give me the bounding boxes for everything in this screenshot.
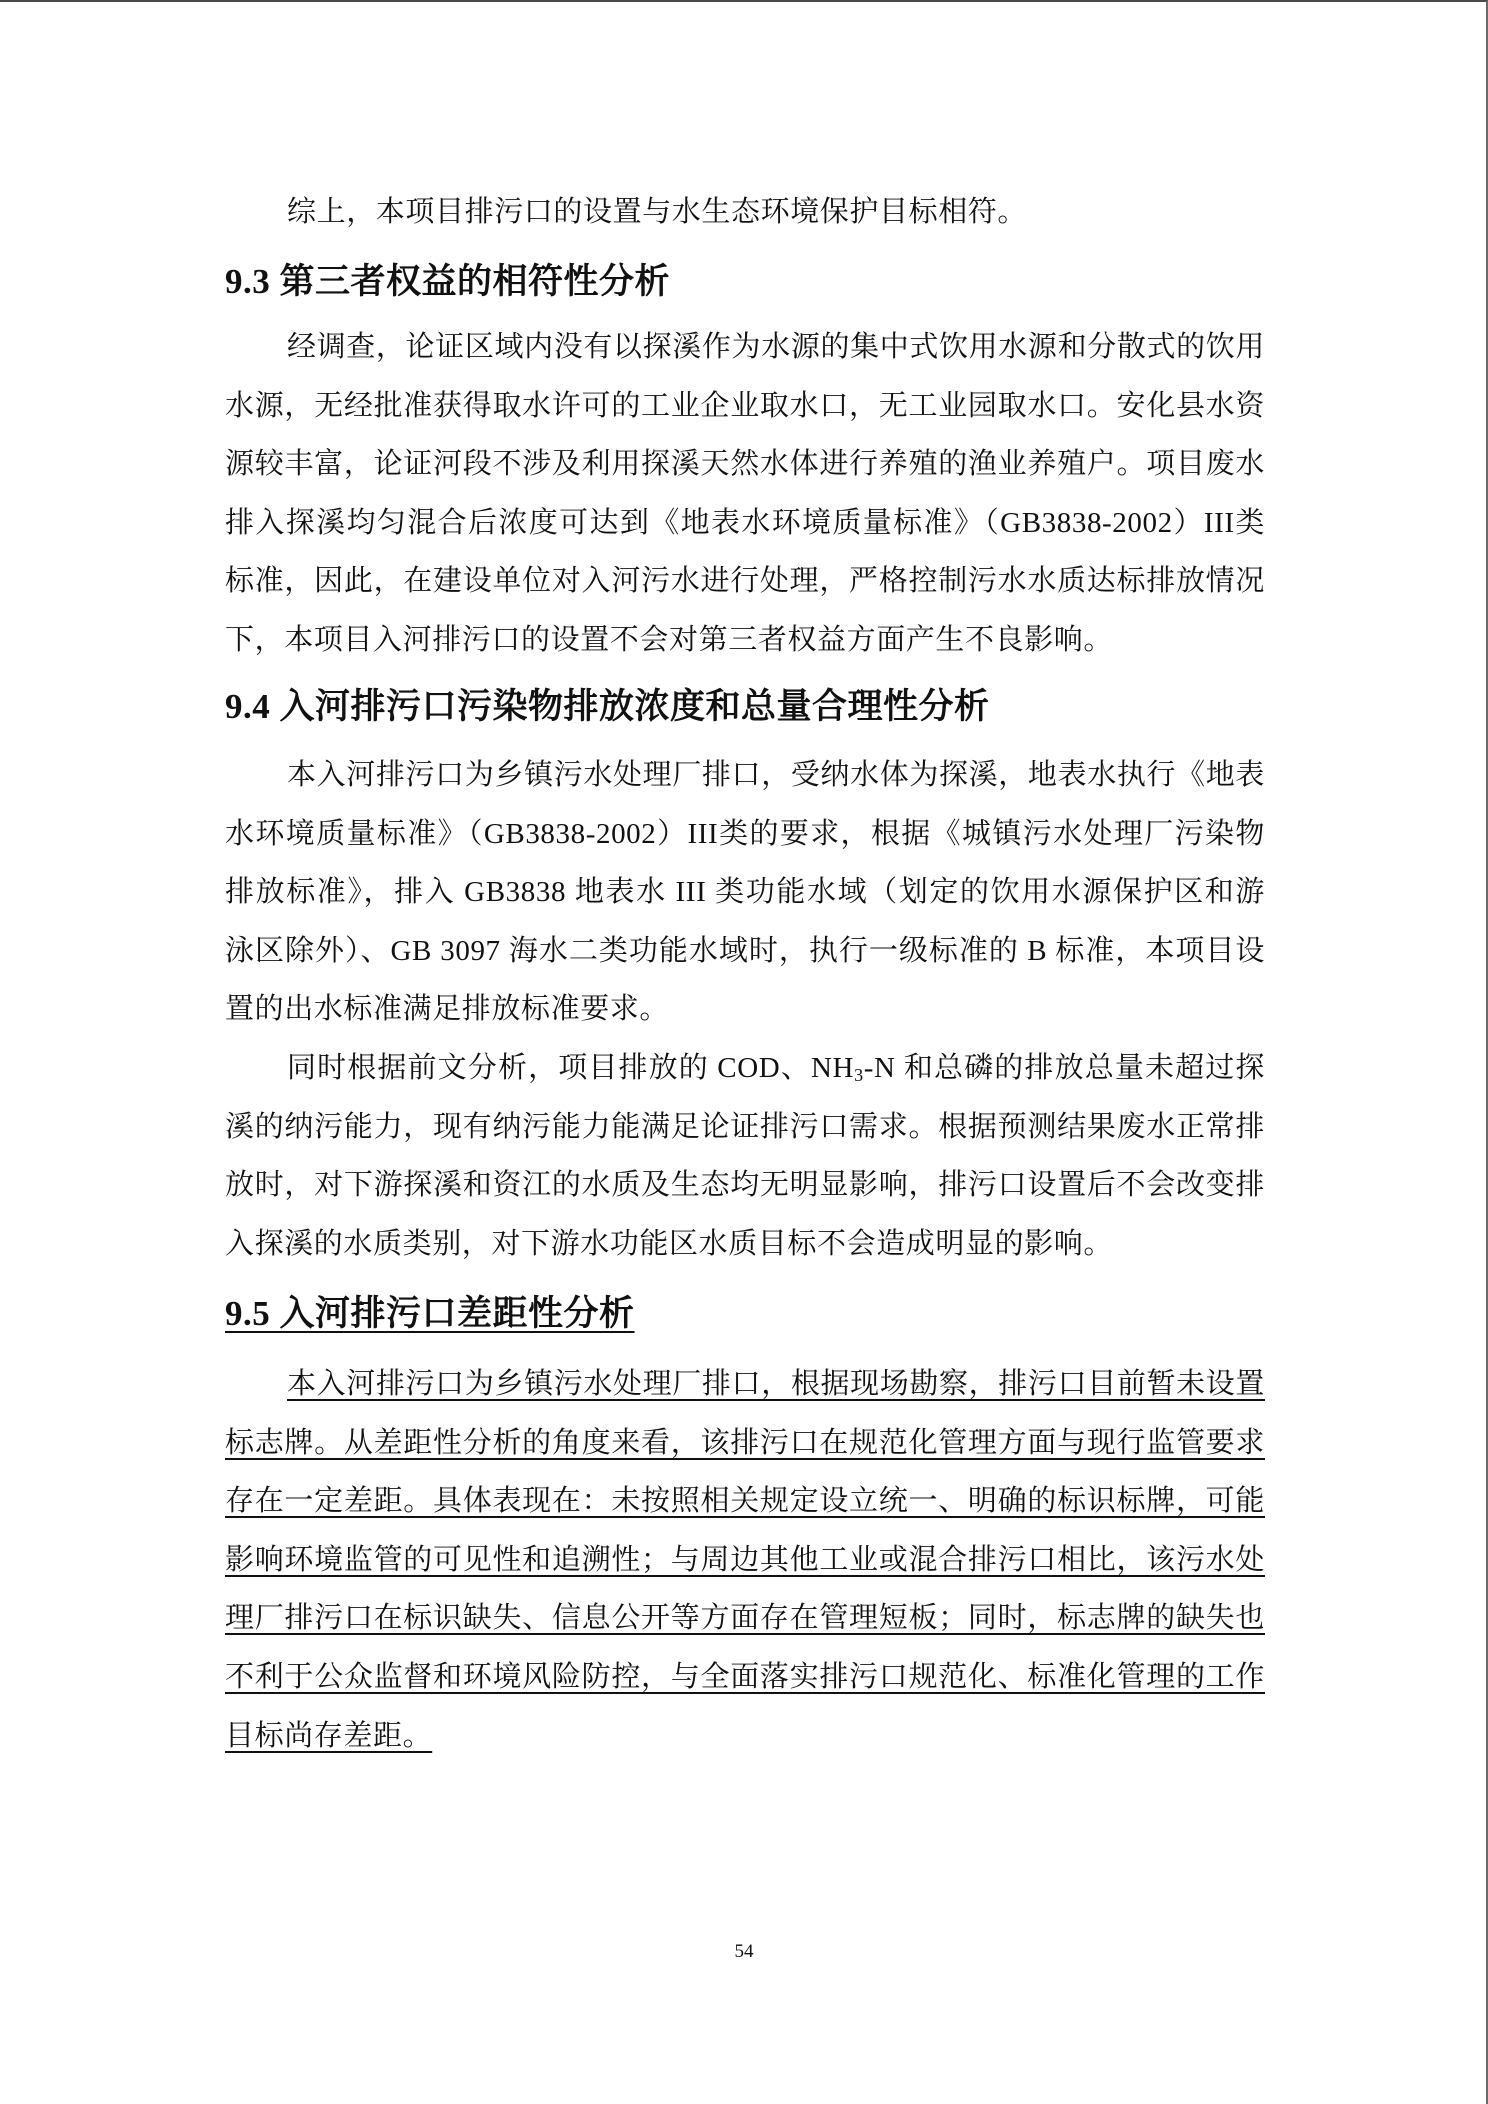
paragraph-line: 放时，对下游探溪和资江的水质及生态均无明显影响，排污口设置后不会改变排 xyxy=(225,1156,1265,1215)
paragraph-line: 排放标准》，排入 GB3838 地表水 III 类功能水域（划定的饮用水源保护区… xyxy=(225,863,1265,922)
paragraph-line-last: 目标尚存差距。 xyxy=(225,1707,1265,1766)
section-9-3-paragraph: 经调查，论证区域内没有以探溪作为水源的集中式饮用水源和分散式的饮用 水源，无经批… xyxy=(225,318,1265,670)
section-heading-9-3: 9.3 第三者权益的相符性分析 xyxy=(225,257,670,307)
paragraph-line: 置的出水标准满足排放标准要求。 xyxy=(225,980,1265,1039)
paragraph-line-with-subscript: 同时根据前文分析，项目排放的 COD、NH3-N 和总磷的排放总量未超过探 xyxy=(225,1039,1265,1098)
paragraph-line: 下，本项目入河排污口的设置不会对第三者权益方面产生不良影响。 xyxy=(225,611,1265,670)
subscript-3: 3 xyxy=(854,1065,864,1085)
intro-paragraph: 综上，本项目排污口的设置与水生态环境保护目标相符。 xyxy=(225,183,1265,242)
paragraph-line: 标志牌。从差距性分析的角度来看，该排污口在规范化管理方面与现行监管要求 xyxy=(225,1414,1265,1473)
section-heading-9-5-text: 9.5 入河排污口差距性分析 xyxy=(225,1294,635,1333)
paragraph-line: 源较丰富，论证河段不涉及利用探溪天然水体进行养殖的渔业养殖户。项目废水 xyxy=(225,435,1265,494)
text-segment: 同时根据前文分析，项目排放的 COD、NH xyxy=(287,1052,854,1084)
paragraph-line: 不利于公众监督和环境风险防控，与全面落实排污口规范化、标准化管理的工作 xyxy=(225,1648,1265,1707)
paragraph-line: 水源，无经批准获得取水许可的工业企业取水口，无工业园取水口。安化县水资 xyxy=(225,377,1265,436)
paragraph-line: 经调查，论证区域内没有以探溪作为水源的集中式饮用水源和分散式的饮用 xyxy=(225,318,1265,377)
page-number: 54 xyxy=(0,1940,1488,1964)
document-page: 综上，本项目排污口的设置与水生态环境保护目标相符。 9.3 第三者权益的相符性分… xyxy=(0,0,1488,2104)
section-9-4-paragraph-1: 本入河排污口为乡镇污水处理厂排口，受纳水体为探溪，地表水执行《地表 水环境质量标… xyxy=(225,746,1265,1039)
paragraph-line: 存在一定差距。具体表现在：未按照相关规定设立统一、明确的标识标牌，可能 xyxy=(225,1472,1265,1531)
section-9-5-paragraph: 本入河排污口为乡镇污水处理厂排口，根据现场勘察，排污口目前暂未设置 标志牌。从差… xyxy=(225,1355,1265,1765)
section-heading-9-5: 9.5 入河排污口差距性分析 xyxy=(225,1289,635,1339)
paragraph-line: 本入河排污口为乡镇污水处理厂排口，受纳水体为探溪，地表水执行《地表 xyxy=(225,746,1265,805)
paragraph-line: 理厂排污口在标识缺失、信息公开等方面存在管理短板；同时，标志牌的缺失也 xyxy=(225,1589,1265,1648)
paragraph-line-text: 目标尚存差距。 xyxy=(225,1720,432,1752)
paragraph-line: 标准，因此，在建设单位对入河污水进行处理，严格控制污水水质达标排放情况 xyxy=(225,552,1265,611)
paragraph-line: 水环境质量标准》（GB3838-2002）III类的要求，根据《城镇污水处理厂污… xyxy=(225,805,1265,864)
paragraph-line: 入探溪的水质类别，对下游水功能区水质目标不会造成明显的影响。 xyxy=(225,1215,1265,1274)
paragraph-line: 泳区除外）、GB 3097 海水二类功能水域时，执行一级标准的 B 标准，本项目… xyxy=(225,922,1265,981)
text-segment: -N 和总磷的排放总量未超过探 xyxy=(864,1052,1265,1084)
paragraph-line: 影响环境监管的可见性和追溯性；与周边其他工业或混合排污口相比，该污水处 xyxy=(225,1531,1265,1590)
paragraph-line: 本入河排污口为乡镇污水处理厂排口，根据现场勘察，排污口目前暂未设置 xyxy=(225,1355,1265,1414)
paragraph-line: 排入探溪均匀混合后浓度可达到《地表水环境质量标准》（GB3838-2002）II… xyxy=(225,494,1265,553)
section-9-4-paragraph-2: 同时根据前文分析，项目排放的 COD、NH3-N 和总磷的排放总量未超过探 溪的… xyxy=(225,1039,1265,1273)
paragraph-line: 溪的纳污能力，现有纳污能力能满足论证排污口需求。根据预测结果废水正常排 xyxy=(225,1098,1265,1157)
section-heading-9-4: 9.4 入河排污口污染物排放浓度和总量合理性分析 xyxy=(225,682,990,732)
paragraph-line: 综上，本项目排污口的设置与水生态环境保护目标相符。 xyxy=(225,183,1265,242)
